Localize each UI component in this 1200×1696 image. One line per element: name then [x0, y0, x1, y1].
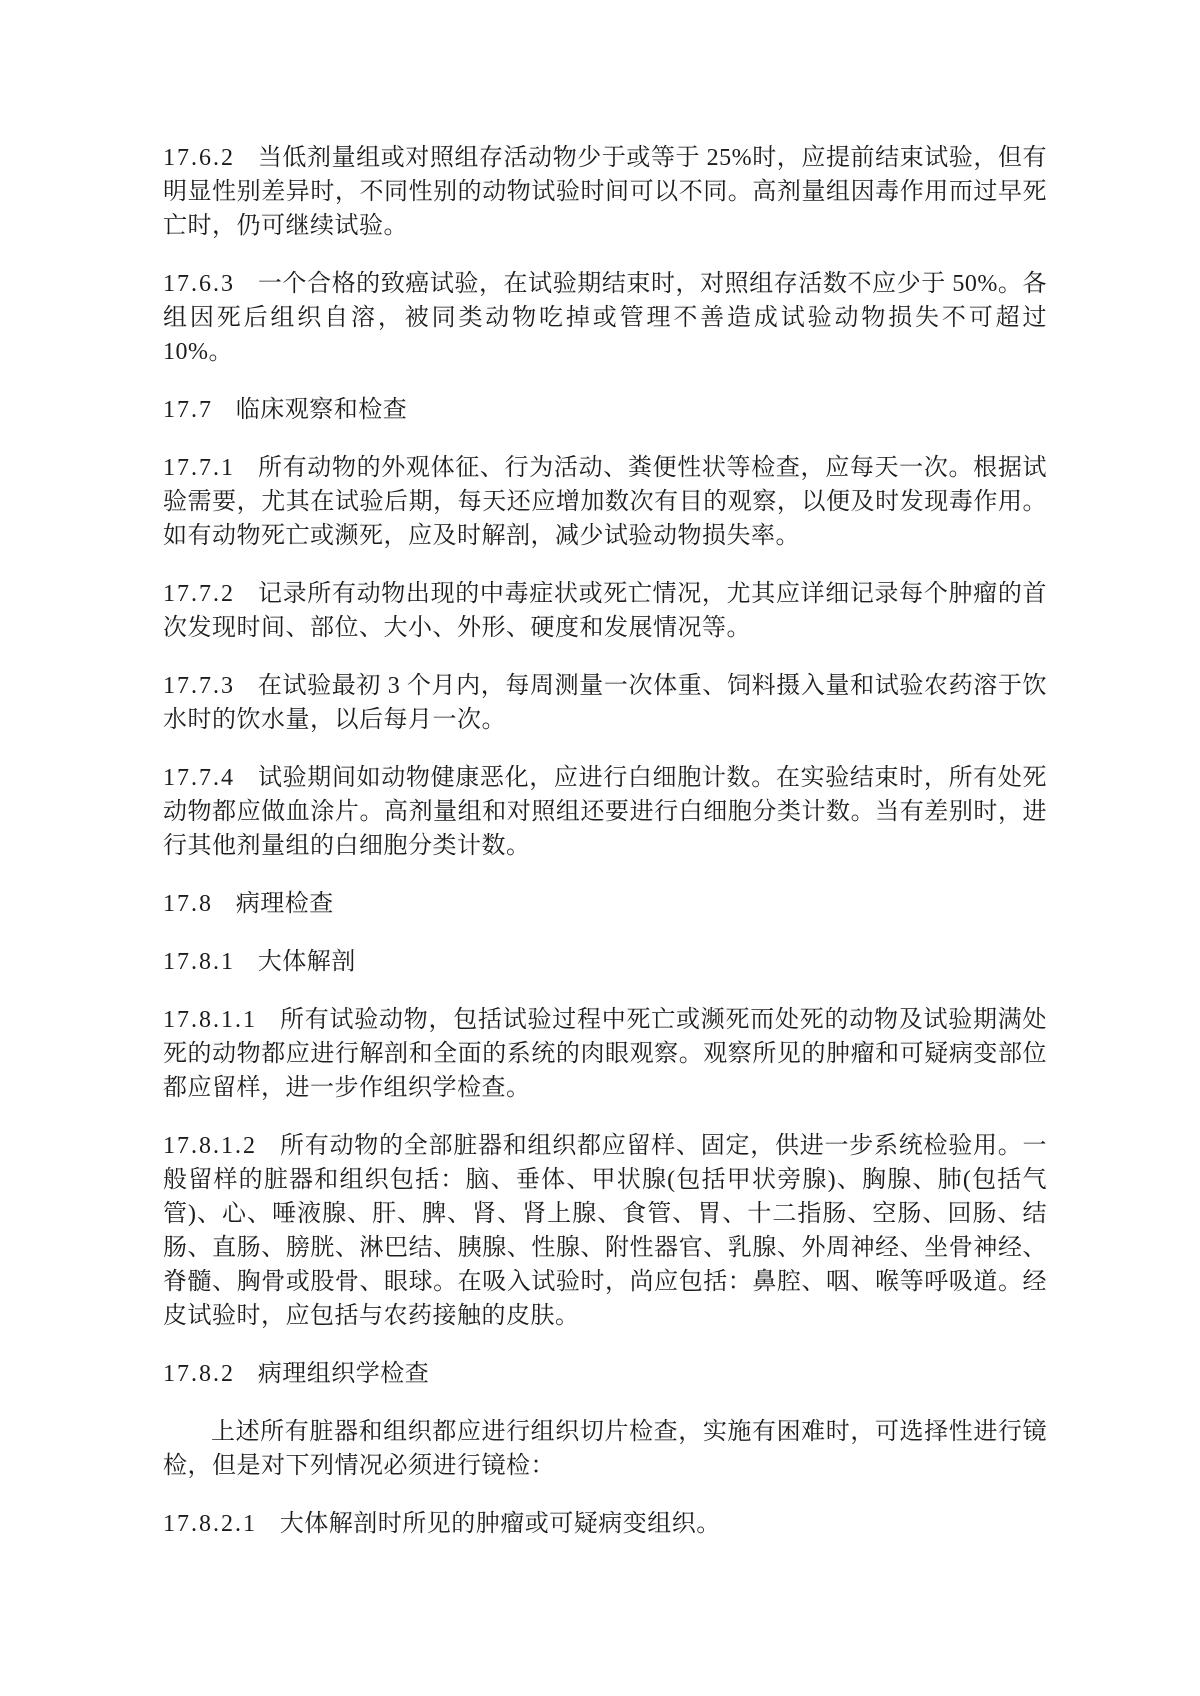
heading-text: 病理组织学检查 [258, 1361, 430, 1387]
clause-text: 所有动物的全部脏器和组织都应留样、固定，供进一步系统检验用。一般留样的脏器和组织… [163, 1133, 1047, 1329]
clause-text: 所有试验动物，包括试验过程中死亡或濒死而处死的动物及试验期满处死的动物都应进行解… [163, 1007, 1047, 1101]
document-body: 17.6.2当低剂量组或对照组存活动物少于或等于 25%时，应提前结束试验，但有… [163, 141, 1047, 1541]
clause-paragraph: 17.7.1所有动物的外观体征、行为活动、粪便性状等检查，应每天一次。根据试验需… [163, 451, 1047, 553]
section-heading: 17.8.2病理组织学检查 [163, 1357, 1047, 1391]
clause-paragraph: 17.7.2记录所有动物出现的中毒症状或死亡情况，尤其应详细记录每个肿瘤的首次发… [163, 577, 1047, 645]
heading-text: 大体解剖 [258, 949, 356, 975]
heading-text: 病理检查 [236, 891, 334, 917]
clause-text: 大体解剖时所见的肿瘤或可疑病变组织。 [280, 1511, 721, 1537]
clause-paragraph: 上述所有脏器和组织都应进行组织切片检查，实施有困难时，可选择性进行镜检，但是对下… [163, 1415, 1047, 1483]
section-heading: 17.8.1大体解剖 [163, 945, 1047, 979]
clause-text: 上述所有脏器和组织都应进行组织切片检查，实施有困难时，可选择性进行镜检，但是对下… [163, 1419, 1047, 1479]
clause-number: 17.7.4 [163, 765, 235, 791]
clause-number: 17.8.2.1 [163, 1511, 257, 1537]
document-page: 17.6.2当低剂量组或对照组存活动物少于或等于 25%时，应提前结束试验，但有… [0, 0, 1200, 1696]
clause-number: 17.7.2 [163, 581, 235, 607]
clause-number: 17.6.3 [163, 271, 235, 297]
clause-number: 17.7 [163, 397, 213, 423]
clause-number: 17.7.1 [163, 455, 235, 481]
clause-number: 17.8 [163, 891, 213, 917]
clause-number: 17.7.3 [163, 673, 235, 699]
clause-paragraph: 17.8.1.1所有试验动物，包括试验过程中死亡或濒死而处死的动物及试验期满处死… [163, 1003, 1047, 1105]
clause-number: 17.8.1.2 [163, 1133, 257, 1159]
clause-paragraph: 17.8.2.1大体解剖时所见的肿瘤或可疑病变组织。 [163, 1507, 1047, 1541]
clause-paragraph: 17.6.2当低剂量组或对照组存活动物少于或等于 25%时，应提前结束试验，但有… [163, 141, 1047, 243]
clause-number: 17.6.2 [163, 145, 235, 171]
clause-text: 记录所有动物出现的中毒症状或死亡情况，尤其应详细记录每个肿瘤的首次发现时间、部位… [163, 581, 1047, 641]
clause-paragraph: 17.8.1.2所有动物的全部脏器和组织都应留样、固定，供进一步系统检验用。一般… [163, 1129, 1047, 1333]
clause-text: 试验期间如动物健康恶化，应进行白细胞计数。在实验结束时，所有处死动物都应做血涂片… [163, 765, 1047, 859]
clause-number: 17.8.1.1 [163, 1007, 257, 1033]
clause-text: 所有动物的外观体征、行为活动、粪便性状等检查，应每天一次。根据试验需要，尤其在试… [163, 455, 1047, 549]
section-heading: 17.8病理检查 [163, 887, 1047, 921]
clause-text: 当低剂量组或对照组存活动物少于或等于 25%时，应提前结束试验，但有明显性别差异… [163, 145, 1047, 239]
clause-number: 17.8.2 [163, 1361, 235, 1387]
clause-text: 一个合格的致癌试验，在试验期结束时，对照组存活数不应少于 50%。各组因死后组织… [163, 271, 1047, 365]
heading-text: 临床观察和检查 [236, 397, 408, 423]
clause-text: 在试验最初 3 个月内，每周测量一次体重、饲料摄入量和试验农药溶于饮水时的饮水量… [163, 673, 1047, 733]
clause-paragraph: 17.7.3在试验最初 3 个月内，每周测量一次体重、饲料摄入量和试验农药溶于饮… [163, 669, 1047, 737]
clause-paragraph: 17.6.3一个合格的致癌试验，在试验期结束时，对照组存活数不应少于 50%。各… [163, 267, 1047, 369]
clause-number: 17.8.1 [163, 949, 235, 975]
clause-paragraph: 17.7.4试验期间如动物健康恶化，应进行白细胞计数。在实验结束时，所有处死动物… [163, 761, 1047, 863]
section-heading: 17.7临床观察和检查 [163, 393, 1047, 427]
